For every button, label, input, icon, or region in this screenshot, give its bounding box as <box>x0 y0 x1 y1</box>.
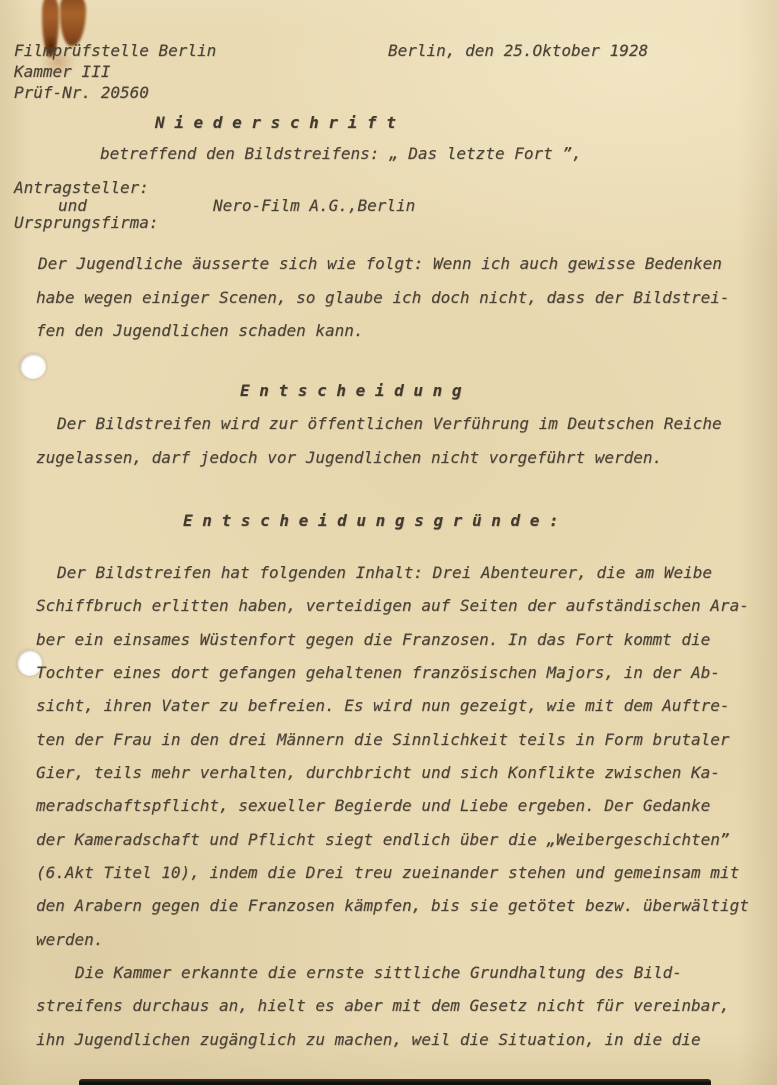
document-title: N i e d e r s c h r i f t <box>155 112 396 133</box>
company-name: Nero-Film A.G.,Berlin <box>213 195 415 216</box>
origin-label: Ursprungsfirma: <box>14 212 159 233</box>
decision-line: Der Bildstreifen wird zur öffentlichen V… <box>57 413 722 434</box>
reasons-line: der Kameradschaft und Pflicht siegt endl… <box>36 829 730 850</box>
reasons-line: Tochter eines dort gefangen gehaltenen f… <box>36 662 720 683</box>
reasons-line: Schiffbruch erlitten haben, verteidigen … <box>36 595 749 616</box>
scan-edge-bar <box>79 1079 711 1085</box>
document-page: Filmprüfstelle Berlin Berlin, den 25.Okt… <box>0 0 777 1085</box>
reasons-line: ber ein einsames Wüstenfort gegen die Fr… <box>36 629 710 650</box>
statement-line: fen den Jugendlichen schaden kann. <box>36 320 364 341</box>
reasons-line: Der Bildstreifen hat folgenden Inhalt: D… <box>57 562 712 583</box>
reasons-line: sicht, ihren Vater zu befreien. Es wird … <box>36 695 730 716</box>
reasons-line: (6.Akt Titel 10), indem die Drei treu zu… <box>36 862 739 883</box>
chamber-line: Kammer III <box>14 61 110 82</box>
statement-line: habe wegen einiger Scenen, so glaube ich… <box>36 287 730 308</box>
assessment-line: ihn Jugendlichen zugänglich zu machen, w… <box>36 1029 701 1050</box>
reasons-line: Gier, teils mehr verhalten, durchbricht … <box>36 762 720 783</box>
assessment-line: streifens durchaus an, hielt es aber mit… <box>36 995 730 1016</box>
reasons-heading: E n t s c h e i d u n g s g r ü n d e : <box>183 510 559 531</box>
decision-line: zugelassen, darf jedoch vor Jugendlichen… <box>36 447 662 468</box>
reasons-line: werden. <box>36 929 103 950</box>
date-line: Berlin, den 25.Oktober 1928 <box>388 40 648 61</box>
office-name: Filmprüfstelle Berlin <box>14 40 216 61</box>
reasons-line: den Arabern gegen die Franzosen kämpfen,… <box>36 895 749 916</box>
assessment-line: Die Kammer erkannte die ernste sittliche… <box>75 962 682 983</box>
exam-number: Prüf-Nr. 20560 <box>14 82 149 103</box>
reasons-line: meradschaftspflicht, sexueller Begierde … <box>36 795 710 816</box>
punch-hole-top <box>20 354 46 379</box>
statement-line: Der Jugendliche äusserte sich wie folgt:… <box>38 253 722 274</box>
decision-heading: E n t s c h e i d u n g <box>240 380 462 401</box>
reasons-line: ten der Frau in den drei Männern die Sin… <box>36 729 730 750</box>
subject-line: betreffend den Bildstreifens: „ Das letz… <box>100 143 582 164</box>
